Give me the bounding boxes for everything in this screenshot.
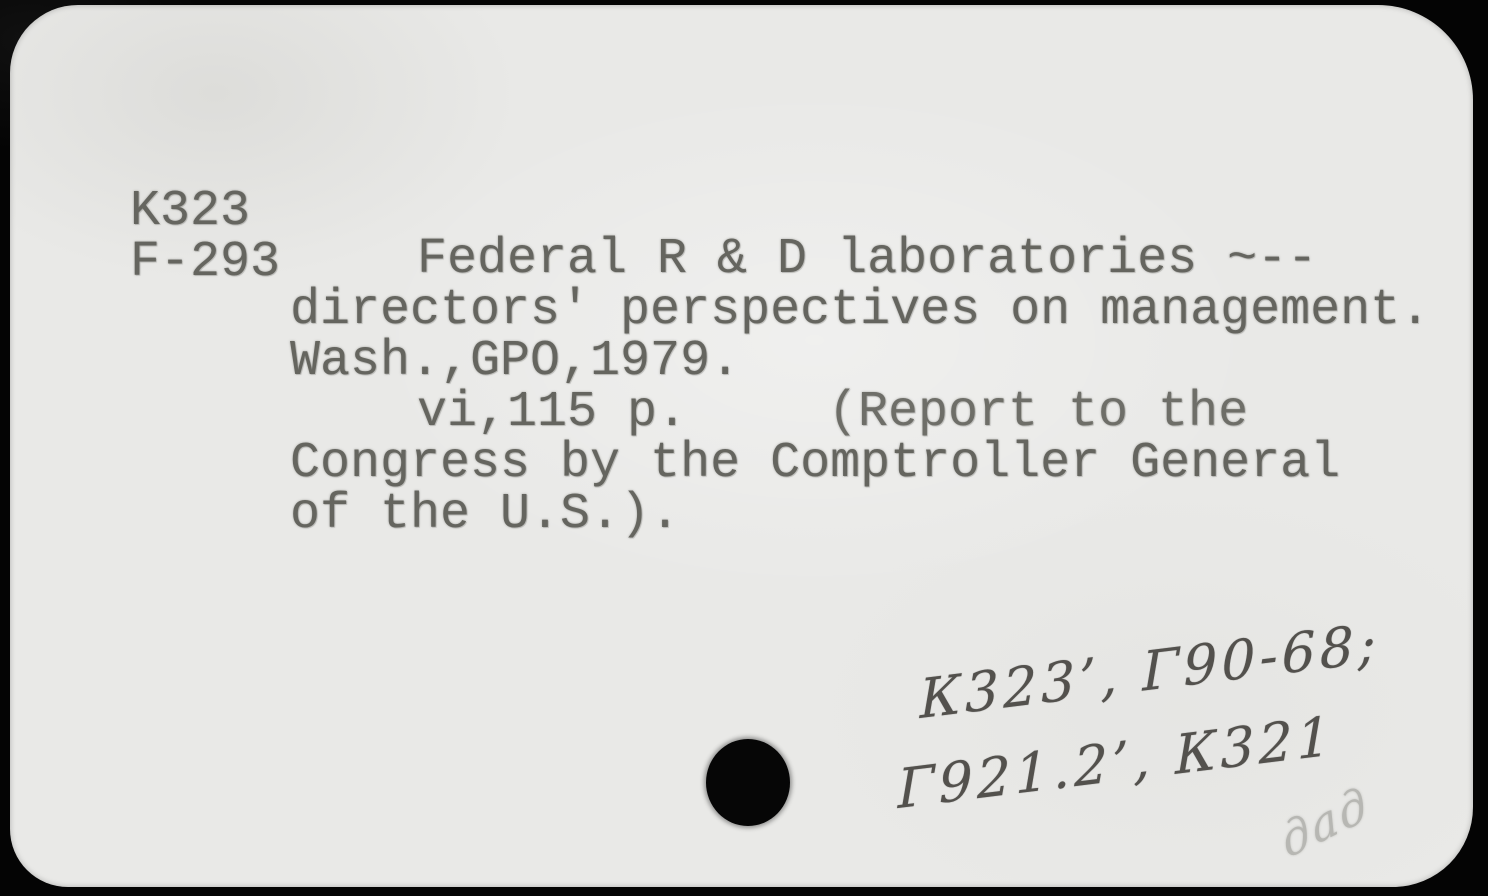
faint-pencil-initials: дад [1275, 775, 1375, 869]
call-number-bottom: F-293 [130, 238, 280, 288]
series-note-line-1: (Report to the [828, 388, 1248, 438]
title-line-1: Federal R & D laboratories ~-- [417, 235, 1317, 285]
call-number-top: K323 [130, 187, 250, 237]
scanned-image-background: K323 F-293 Federal R & D laboratories ~-… [0, 0, 1488, 896]
title-line-2: directors' perspectives on management. [290, 286, 1430, 336]
collation-statement: vi,115 p. [417, 388, 687, 438]
series-note-line-2: Congress by the Comptroller General [290, 439, 1340, 489]
imprint-line: Wash.,GPO,1979. [290, 337, 740, 387]
punch-hole [706, 739, 790, 826]
series-note-line-3: of the U.S.). [290, 490, 680, 540]
library-catalog-card: K323 F-293 Federal R & D laboratories ~-… [10, 5, 1473, 887]
